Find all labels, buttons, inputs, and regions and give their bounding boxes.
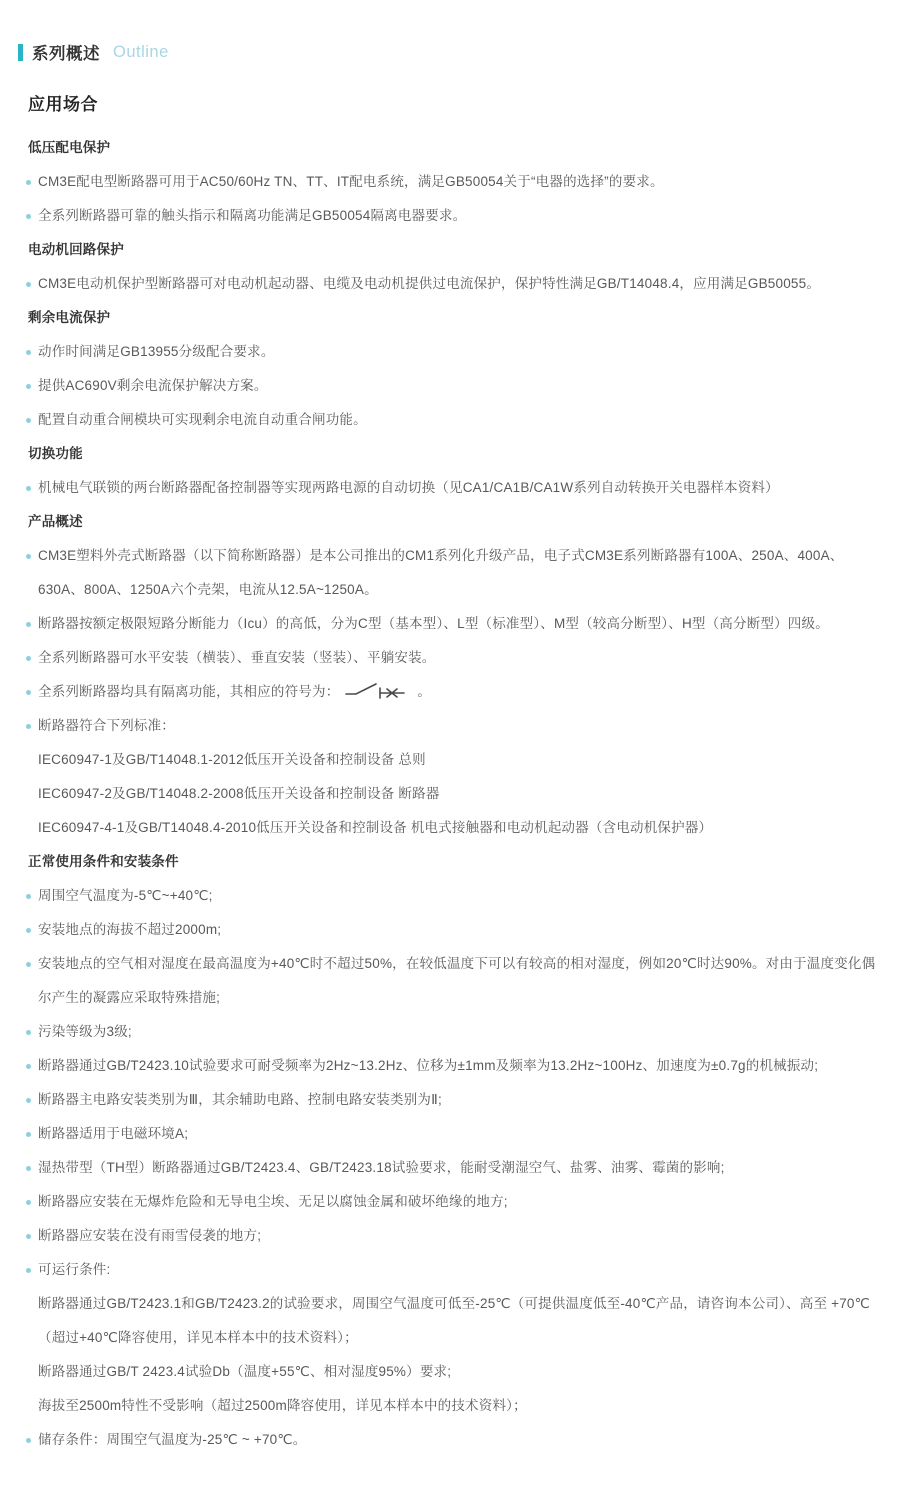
bullet-text: 污染等级为3级; — [38, 1024, 132, 1039]
bullet-item: 断路器应安装在没有雨雪侵袭的地方; — [24, 1219, 878, 1253]
bullet-item: 可运行条件: — [24, 1253, 878, 1287]
bullet-item: 断路器符合下列标准： — [24, 709, 878, 743]
bullet-icon — [26, 1268, 31, 1273]
bullet-icon — [26, 690, 31, 695]
bullet-icon — [26, 1132, 31, 1137]
bullet-text: 动作时间满足GB13955分级配合要求。 — [38, 344, 275, 359]
bullet-text: 全系列断路器均具有隔离功能，其相应的符号为： — [38, 684, 339, 699]
bullet-text: 断路器按额定极限短路分断能力（Icu）的高低，分为C型（基本型）、L型（标准型）… — [38, 616, 829, 631]
bullet-icon — [26, 1166, 31, 1171]
bullet-item: 周围空气温度为-5℃~+40℃; — [24, 879, 878, 913]
bullet-text: CM3E电动机保护型断路器可对电动机起动器、电缆及电动机提供过电流保护，保护特性… — [38, 276, 820, 291]
bullet-icon — [26, 962, 31, 967]
bullet-text: 断路器应安装在没有雨雪侵袭的地方; — [38, 1228, 261, 1243]
bullet-text: 安装地点的空气相对湿度在最高温度为+40℃时不超过50%，在较低温度下可以有较高… — [38, 956, 875, 1005]
section-subtitle: Outline — [113, 43, 169, 62]
bullet-text: 可运行条件: — [38, 1262, 110, 1277]
plain-line: IEC60947-4-1及GB/T14048.4-2010低压开关设备和控制设备… — [24, 811, 878, 845]
bullet-icon — [26, 350, 31, 355]
subsection-heading: 低压配电保护 — [24, 131, 878, 165]
bullet-item: 机械电气联锁的两台断路器配备控制器等实现两路电源的自动切换（见CA1/CA1B/… — [24, 471, 878, 505]
bullet-icon — [26, 928, 31, 933]
bullet-item: 断路器通过GB/T2423.10试验要求可耐受频率为2Hz~13.2Hz、位移为… — [24, 1049, 878, 1083]
bullet-icon — [26, 214, 31, 219]
bullet-icon — [26, 418, 31, 423]
bullet-icon — [26, 656, 31, 661]
bullet-text: 全系列断路器可靠的触头指示和隔离功能满足GB50054隔离电器要求。 — [38, 208, 466, 223]
section-title: 系列概述 — [32, 40, 100, 64]
bullet-text: 储存条件：周围空气温度为-25℃ ~ +70℃。 — [38, 1432, 306, 1447]
page-title: 应用场合 — [28, 90, 878, 115]
bullet-text: 全系列断路器可水平安装（横装）、垂直安装（竖装）、平躺安装。 — [38, 650, 436, 665]
bullet-item: 提供AC690V剩余电流保护解决方案。 — [24, 369, 878, 403]
subsection-heading: 产品概述 — [24, 505, 878, 539]
content-blocks: 低压配电保护CM3E配电型断路器可用于AC50/60Hz TN、TT、IT配电系… — [24, 131, 878, 1457]
bullet-text: 安装地点的海拔不超过2000m; — [38, 922, 221, 937]
bullet-icon — [26, 1098, 31, 1103]
section-header: 系列概述 Outline — [18, 40, 878, 64]
bullet-item: 全系列断路器可水平安装（横装）、垂直安装（竖装）、平躺安装。 — [24, 641, 878, 675]
bullet-icon — [26, 622, 31, 627]
bullet-text: 断路器通过GB/T2423.10试验要求可耐受频率为2Hz~13.2Hz、位移为… — [38, 1058, 818, 1073]
subsection-heading: 电动机回路保护 — [24, 233, 878, 267]
bullet-icon — [26, 1438, 31, 1443]
bullet-item: 断路器主电路安装类别为Ⅲ，其余辅助电路、控制电路安装类别为Ⅱ; — [24, 1083, 878, 1117]
bullet-text: 湿热带型（TH型）断路器通过GB/T2423.4、GB/T2423.18试验要求… — [38, 1160, 725, 1175]
isolation-symbol-icon — [345, 681, 407, 699]
catalog-page: 系列概述 Outline 应用场合 低压配电保护CM3E配电型断路器可用于AC5… — [0, 0, 900, 1508]
subsection-heading: 剩余电流保护 — [24, 301, 878, 335]
bullet-icon — [26, 894, 31, 899]
bullet-text: CM3E塑料外壳式断路器（以下简称断路器）是本公司推出的CM1系列化升级产品，电… — [38, 548, 844, 597]
bullet-text: CM3E配电型断路器可用于AC50/60Hz TN、TT、IT配电系统，满足GB… — [38, 174, 664, 189]
plain-line: 海拔至2500m特性不受影响（超过2500m降容使用，详见本样本中的技术资料）； — [24, 1389, 878, 1423]
bullet-text: 断路器适用于电磁环境A; — [38, 1126, 188, 1141]
bullet-text: 断路器符合下列标准： — [38, 718, 175, 733]
subsection-heading: 正常使用条件和安装条件 — [24, 845, 878, 879]
plain-line: 断路器通过GB/T2423.1和GB/T2423.2的试验要求，周围空气温度可低… — [24, 1287, 878, 1355]
bullet-text: 周围空气温度为-5℃~+40℃; — [38, 888, 213, 903]
plain-line: 断路器通过GB/T 2423.4试验Db（温度+55℃、相对湿度95%）要求; — [24, 1355, 878, 1389]
bullet-item: 断路器应安装在无爆炸危险和无导电尘埃、无足以腐蚀金属和破坏绝缘的地方; — [24, 1185, 878, 1219]
bullet-item: 污染等级为3级; — [24, 1015, 878, 1049]
bullet-item: 储存条件：周围空气温度为-25℃ ~ +70℃。 — [24, 1423, 878, 1457]
plain-line: IEC60947-2及GB/T14048.2-2008低压开关设备和控制设备 断… — [24, 777, 878, 811]
bullet-item: 全系列断路器可靠的触头指示和隔离功能满足GB50054隔离电器要求。 — [24, 199, 878, 233]
bullet-item: 断路器按额定极限短路分断能力（Icu）的高低，分为C型（基本型）、L型（标准型）… — [24, 607, 878, 641]
bullet-text: 断路器应安装在无爆炸危险和无导电尘埃、无足以腐蚀金属和破坏绝缘的地方; — [38, 1194, 508, 1209]
bullet-item: 配置自动重合闸模块可实现剩余电流自动重合闸功能。 — [24, 403, 878, 437]
bullet-icon — [26, 554, 31, 559]
bullet-item: 全系列断路器均具有隔离功能，其相应的符号为：。 — [24, 675, 878, 709]
bullet-icon — [26, 1064, 31, 1069]
bullet-icon — [26, 1234, 31, 1239]
bullet-icon — [26, 384, 31, 389]
bullet-icon — [26, 282, 31, 287]
bullet-icon — [26, 180, 31, 185]
bullet-item: CM3E电动机保护型断路器可对电动机起动器、电缆及电动机提供过电流保护，保护特性… — [24, 267, 878, 301]
bullet-item: 安装地点的空气相对湿度在最高温度为+40℃时不超过50%，在较低温度下可以有较高… — [24, 947, 878, 1015]
bullet-item: 动作时间满足GB13955分级配合要求。 — [24, 335, 878, 369]
bullet-text: 断路器主电路安装类别为Ⅲ，其余辅助电路、控制电路安装类别为Ⅱ; — [38, 1092, 442, 1107]
plain-line: IEC60947-1及GB/T14048.1-2012低压开关设备和控制设备 总… — [24, 743, 878, 777]
bullet-icon — [26, 724, 31, 729]
subsection-heading: 切换功能 — [24, 437, 878, 471]
bullet-icon — [26, 1200, 31, 1205]
bullet-item: CM3E塑料外壳式断路器（以下简称断路器）是本公司推出的CM1系列化升级产品，电… — [24, 539, 878, 607]
bullet-text: 机械电气联锁的两台断路器配备控制器等实现两路电源的自动切换（见CA1/CA1B/… — [38, 480, 779, 495]
bullet-item: 断路器适用于电磁环境A; — [24, 1117, 878, 1151]
bullet-item: 安装地点的海拔不超过2000m; — [24, 913, 878, 947]
accent-bar-icon — [18, 44, 23, 61]
bullet-icon — [26, 486, 31, 491]
bullet-text: 配置自动重合闸模块可实现剩余电流自动重合闸功能。 — [38, 412, 367, 427]
bullet-text: 。 — [417, 684, 431, 699]
bullet-icon — [26, 1030, 31, 1035]
bullet-item: 湿热带型（TH型）断路器通过GB/T2423.4、GB/T2423.18试验要求… — [24, 1151, 878, 1185]
bullet-text: 提供AC690V剩余电流保护解决方案。 — [38, 378, 268, 393]
bullet-item: CM3E配电型断路器可用于AC50/60Hz TN、TT、IT配电系统，满足GB… — [24, 165, 878, 199]
